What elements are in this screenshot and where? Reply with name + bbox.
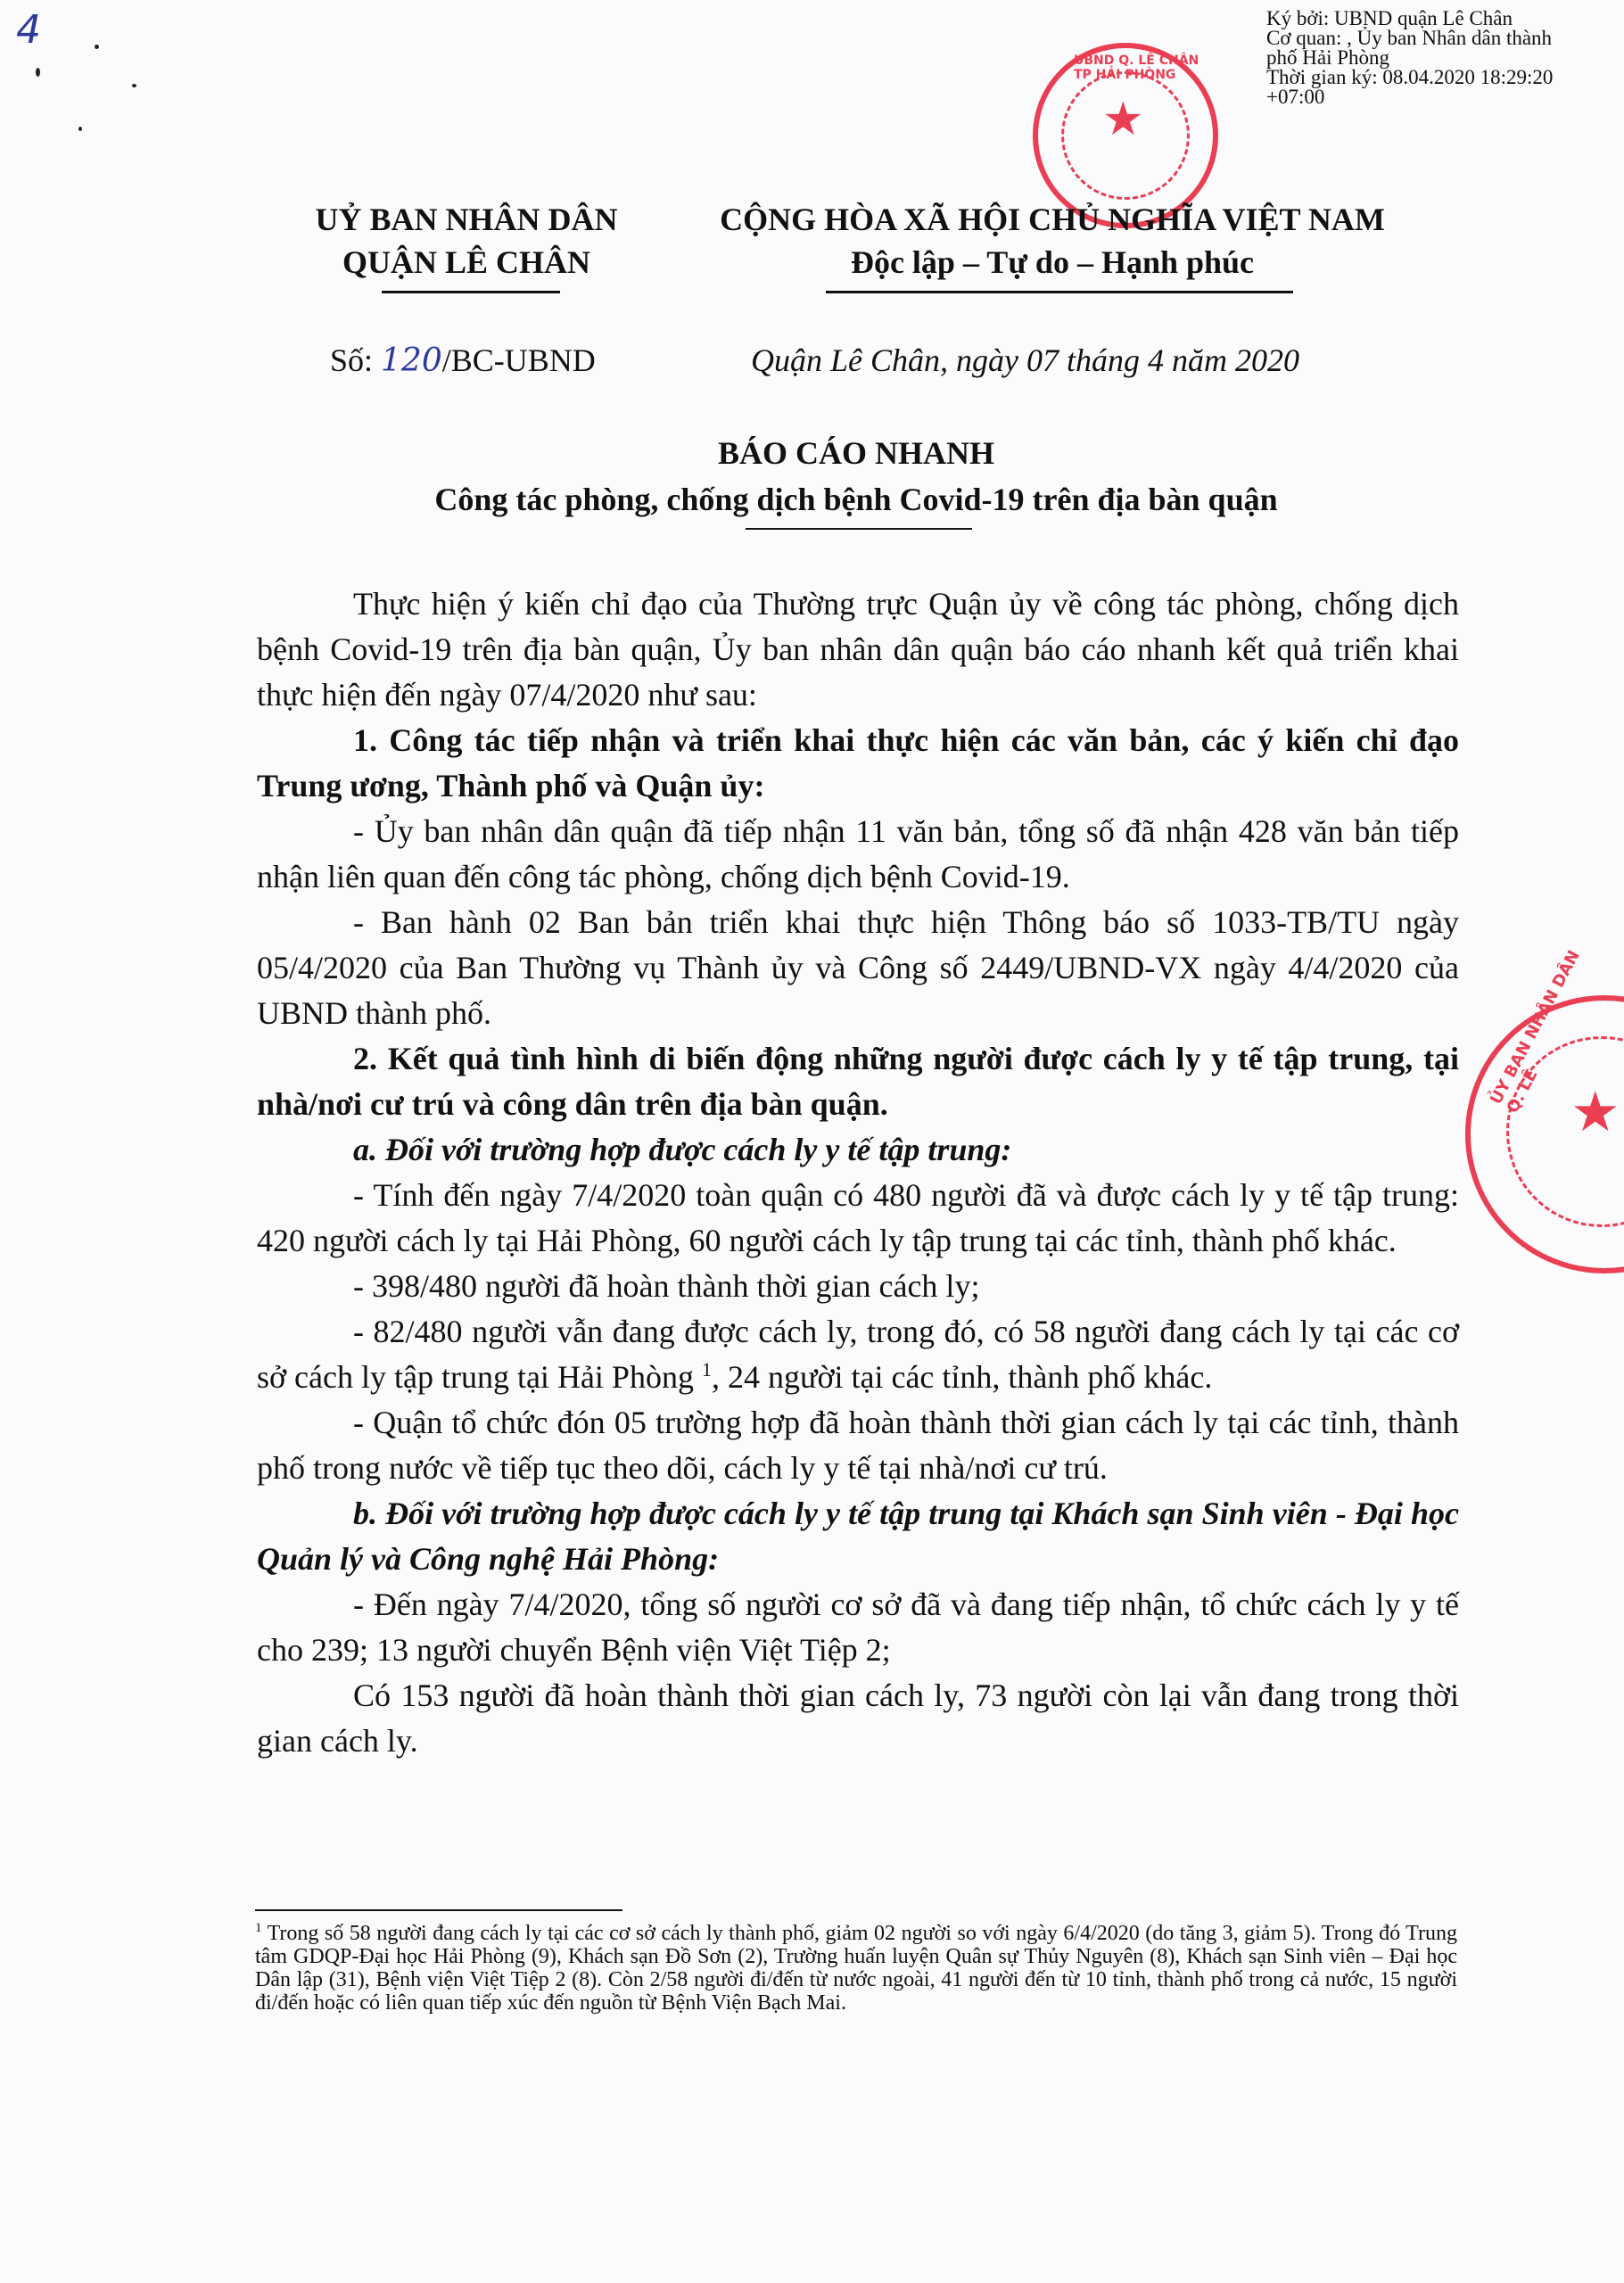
title-underline [746,528,972,530]
section-2-heading: 2. Kết quả tình hình di biến động những … [257,1036,1459,1127]
footnote-text: Trong số 58 người đang cách ly tại các c… [255,1922,1457,2015]
section-1-heading: 1. Công tác tiếp nhận và triển khai thực… [257,718,1459,809]
star-icon: ★ [1102,93,1144,146]
footnote-marker: 1 [255,1921,262,1935]
footnote-separator [255,1909,622,1911]
footnote: 1 Trong số 58 người đang cách ly tại các… [255,1922,1457,2015]
section-1-item: - Ủy ban nhân dân quận đã tiếp nhận 11 v… [257,809,1459,900]
motto: Độc lập – Tự do – Hạnh phúc [678,241,1427,284]
issuing-authority: UỶ BAN NHÂN DÂN QUẬN LÊ CHÂN [284,198,649,284]
section-2b-heading: b. Đối với trường hợp được cách ly y tế … [257,1491,1459,1582]
signature-line: Cơ quan: , Ủy ban Nhân dân thành [1266,29,1623,48]
section-2b-item: Có 153 người đã hoàn thành thời gian các… [257,1673,1459,1764]
authority-underline [382,291,560,293]
scan-speck [36,68,40,77]
authority-line-2: QUẬN LÊ CHÂN [284,241,649,284]
signature-line: Ký bởi: UBND quận Lê Chân [1266,9,1623,29]
section-2a-item: - 398/480 người đã hoàn thành thời gian … [257,1264,1459,1309]
footnote-reference[interactable]: 1 [702,1358,712,1381]
document-number-suffix: /BC-UBND [442,342,596,378]
section-2a-item: - Tính đến ngày 7/4/2020 toàn quận có 48… [257,1173,1459,1264]
authority-line-1: UỶ BAN NHÂN DÂN [284,198,649,241]
official-seal-side: ★ ỦY BAN NHÂN DÂN Q. LÊ [1465,995,1624,1273]
digital-signature-block: Ký bởi: UBND quận Lê Chân Cơ quan: , Ủy … [1266,9,1623,107]
report-body: Thực hiện ý kiến chỉ đạo của Thường trực… [257,581,1459,1764]
motto-underline [826,291,1293,293]
section-2a-heading: a. Đối với trường hợp được cách ly y tế … [257,1127,1459,1173]
signature-line: phố Hải Phòng [1266,48,1623,68]
signature-line: +07:00 [1266,87,1623,107]
scan-speck [132,84,136,87]
scan-speck [95,45,99,49]
document-number: Số: 120/BC-UBND [330,342,596,379]
handwritten-page-number: 4 [16,7,41,53]
country-name: CỘNG HÒA XÃ HỘI CHỦ NGHĨA VIỆT NAM [678,198,1427,241]
stamp-text: UBND Q. LÊ CHÂN TP HẢI PHÒNG [1074,54,1213,82]
place-and-date: Quận Lê Chân, ngày 07 tháng 4 năm 2020 [751,342,1299,379]
report-title: BÁO CÁO NHANH Công tác phòng, chống dịch… [268,430,1445,523]
scan-speck [78,127,82,131]
intro-paragraph: Thực hiện ý kiến chỉ đạo của Thường trực… [257,581,1459,718]
document-number-handwritten: 120 [381,342,442,379]
section-2b-item: - Đến ngày 7/4/2020, tổng số người cơ sở… [257,1582,1459,1673]
section-2a-item: - Quận tổ chức đón 05 trường hợp đã hoàn… [257,1400,1459,1491]
section-1-item: - Ban hành 02 Ban bản triển khai thực hi… [257,900,1459,1036]
national-motto: CỘNG HÒA XÃ HỘI CHỦ NGHĨA VIỆT NAM Độc l… [678,198,1427,284]
document-number-prefix: Số: [330,342,381,378]
section-2a-item-text: , 24 người tại các tỉnh, thành phố khác. [712,1359,1212,1395]
section-2a-item: - 82/480 người vẫn đang được cách ly, tr… [257,1309,1459,1400]
report-title-main: BÁO CÁO NHANH [268,430,1445,476]
signature-line: Thời gian ký: 08.04.2020 18:29:20 [1266,68,1623,87]
report-subtitle: Công tác phòng, chống dịch bệnh Covid-19… [268,476,1445,523]
star-icon: ★ [1570,1079,1620,1144]
